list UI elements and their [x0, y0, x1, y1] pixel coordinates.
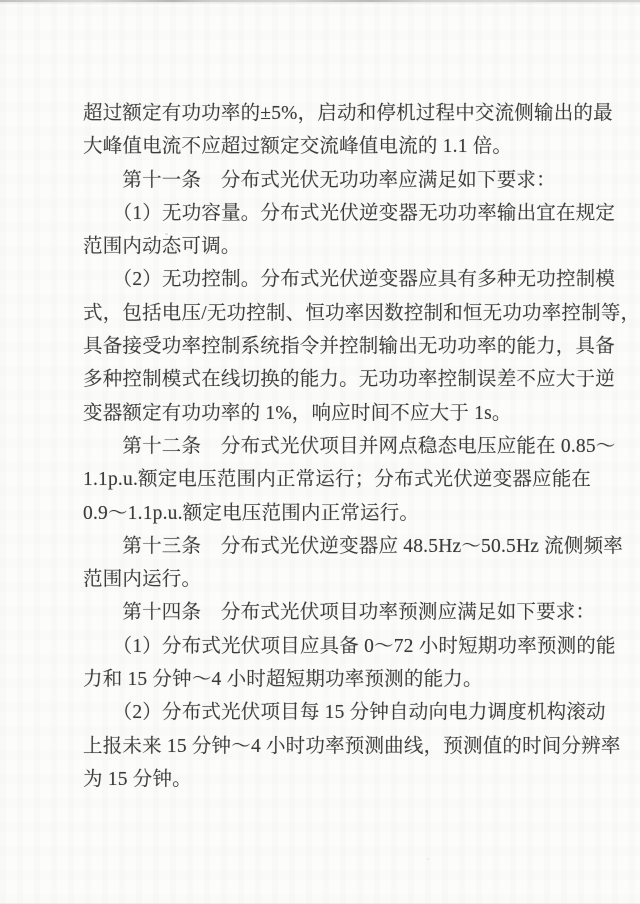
doc-line-2: 大峰值电流不应超过额定交流峰值电流的 1.1 倍。 — [83, 130, 563, 163]
doc-line-6: （2）无功控制。分布式光伏逆变器应具有多种无功控制模 — [83, 263, 563, 296]
doc-line-3-article-11-heading: 第十一条 分布式光伏无功功率应满足如下要求： — [83, 164, 563, 197]
scan-speck — [427, 858, 429, 860]
doc-line-7: 式，包括电压/无功控制、恒功率因数控制和恒无功功率控制等， — [83, 297, 563, 330]
doc-line-8: 具备接受功率控制系统指令并控制输出无功功率的能力，具备 — [83, 330, 563, 363]
doc-line-10: 变器额定有功功率的 1%，响应时间不应大于 1s。 — [83, 397, 563, 430]
doc-line-12: 1.1p.u.额定电压范围内正常运行；分布式光伏逆变器应能在 — [83, 463, 563, 496]
doc-line-9: 多种控制模式在线切换的能力。无功功率控制误差不应大于逆 — [83, 363, 563, 396]
scanner-edge-shadow — [0, 2, 640, 5]
doc-line-14-article-13-heading: 第十三条 分布式光伏逆变器应 48.5Hz～50.5Hz 流侧频率 — [83, 530, 563, 563]
doc-line-11-article-12-heading: 第十二条 分布式光伏项目并网点稳态电压应能在 0.85～ — [83, 430, 563, 463]
doc-line-20: 上报未来 15 分钟～4 小时功率预测曲线，预测值的时间分辨率 — [83, 730, 563, 763]
doc-line-21: 为 15 分钟。 — [83, 763, 563, 796]
doc-line-16-article-14-heading: 第十四条 分布式光伏项目功率预测应满足如下要求： — [83, 596, 563, 629]
doc-line-15: 范围内运行。 — [83, 563, 563, 596]
scanned-document-page: 超过额定有功功率的±5%，启动和停机过程中交流侧输出的最 大峰值电流不应超过额定… — [0, 0, 640, 904]
doc-line-5: 范围内动态可调。 — [83, 230, 563, 263]
doc-line-4: （1）无功容量。分布式光伏逆变器无功功率输出宜在规定 — [83, 197, 563, 230]
doc-line-13: 0.9～1.1p.u.额定电压范围内正常运行。 — [83, 497, 563, 530]
doc-line-17: （1）分布式光伏项目应具备 0～72 小时短期功率预测的能 — [83, 630, 563, 663]
doc-line-19: （2）分布式光伏项目每 15 分钟自动向电力调度机构滚动 — [83, 696, 563, 729]
doc-line-18: 力和 15 分钟～4 小时超短期功率预测的能力。 — [83, 663, 563, 696]
document-body-text: 超过额定有功功率的±5%，启动和停机过程中交流侧输出的最 大峰值电流不应超过额定… — [83, 97, 563, 796]
doc-line-1: 超过额定有功功率的±5%，启动和停机过程中交流侧输出的最 — [83, 97, 563, 130]
